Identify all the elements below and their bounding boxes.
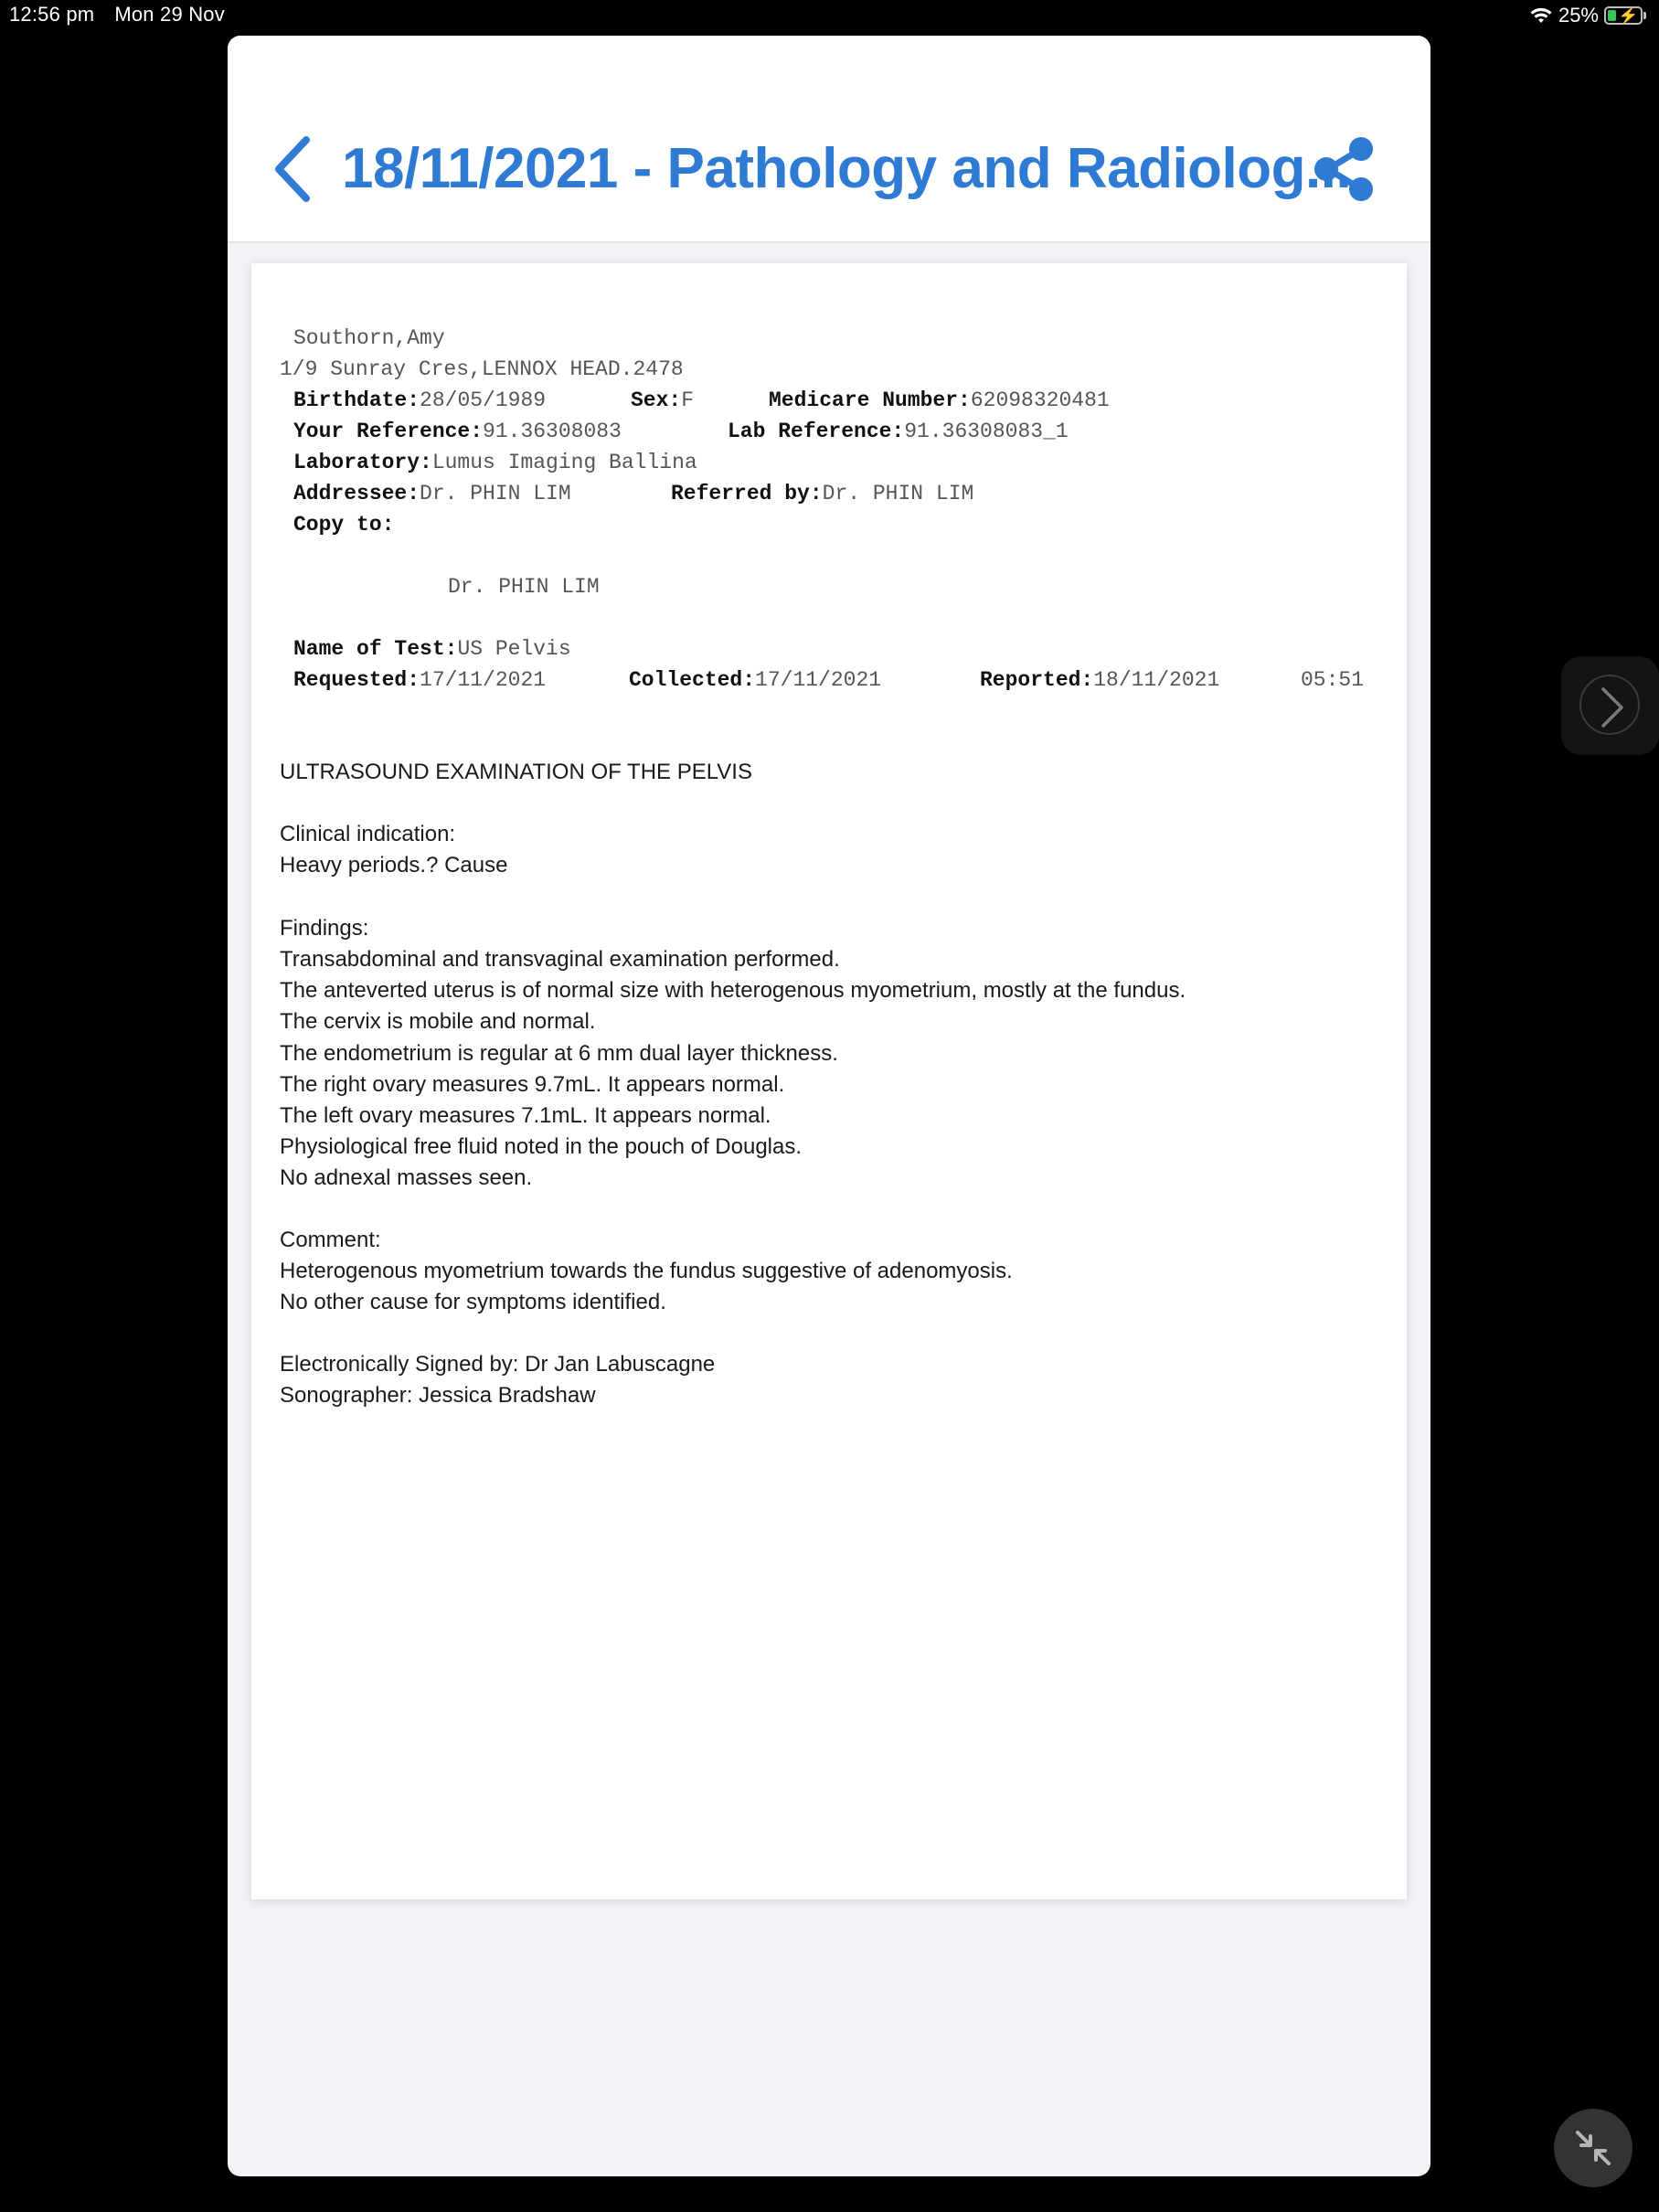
- comment-label: Comment:: [280, 1225, 381, 1256]
- comment-line: No other cause for symptoms identified.: [280, 1287, 666, 1318]
- sex-value: F: [681, 388, 694, 412]
- report-sheet: 18/11/2021 - Pathology and Radiolog... S…: [228, 36, 1430, 2176]
- collected-value: 17/11/2021: [755, 668, 881, 692]
- signed-by: Electronically Signed by: Dr Jan Labusca…: [280, 1349, 715, 1380]
- lab-reference-value: 91.36308083_1: [904, 420, 1068, 443]
- addressee-value: Dr. PHIN LIM: [420, 482, 571, 505]
- collapse-arrows-icon: [1554, 2109, 1632, 2187]
- lab-reference-row: Lab Reference:91.36308083_1: [728, 416, 1069, 447]
- status-bar-left: 12:56 pmMon 29 Nov: [9, 3, 225, 27]
- patient-address: 1/9 Sunray Cres,LENNOX HEAD.2478: [280, 354, 684, 385]
- report-page: Southorn,Amy 1/9 Sunray Cres,LENNOX HEAD…: [251, 263, 1407, 1899]
- requested-label: Requested:: [293, 668, 420, 692]
- medicare-row: Medicare Number:62098320481: [769, 385, 1110, 416]
- collapse-button[interactable]: [1554, 2109, 1632, 2187]
- your-reference-row: Your Reference:91.36308083: [293, 416, 622, 447]
- copy-to-label: Copy to:: [293, 513, 394, 537]
- share-icon: [1308, 134, 1374, 204]
- referred-by-label: Referred by:: [671, 482, 823, 505]
- reported-row: Reported:18/11/2021: [980, 665, 1219, 696]
- finding-line: The endometrium is regular at 6 mm dual …: [280, 1038, 838, 1069]
- reported-label: Reported:: [980, 668, 1093, 692]
- reported-time: 05:51: [1301, 665, 1364, 696]
- back-button[interactable]: [271, 134, 317, 204]
- document-viewer[interactable]: Southorn,Amy 1/9 Sunray Cres,LENNOX HEAD…: [228, 243, 1430, 2176]
- nav-bar: 18/11/2021 - Pathology and Radiolog...: [228, 36, 1430, 243]
- battery-charging-icon: ⚡: [1604, 6, 1643, 25]
- status-bar-right: 25% ⚡: [1529, 4, 1646, 27]
- wifi-icon: [1529, 6, 1553, 25]
- reported-value: 18/11/2021: [1093, 668, 1219, 692]
- test-name-value: US Pelvis: [457, 637, 570, 661]
- laboratory-value: Lumus Imaging Ballina: [432, 451, 697, 474]
- status-time: 12:56 pm: [9, 3, 94, 26]
- comment-line: Heterogenous myometrium towards the fund…: [280, 1256, 1013, 1287]
- laboratory-label: Laboratory:: [293, 451, 432, 474]
- sonographer: Sonographer: Jessica Bradshaw: [280, 1380, 596, 1411]
- addressee-label: Addressee:: [293, 482, 420, 505]
- battery-tip: [1643, 12, 1646, 19]
- sex-row: Sex:F: [631, 385, 694, 416]
- patient-name: Southorn,Amy: [293, 323, 445, 354]
- finding-line: No adnexal masses seen.: [280, 1163, 532, 1194]
- clinical-indication-label: Clinical indication:: [280, 819, 455, 850]
- finding-line: Physiological free fluid noted in the po…: [280, 1132, 802, 1163]
- addressee-row: Addressee:Dr. PHIN LIM: [293, 478, 571, 509]
- test-name-label: Name of Test:: [293, 637, 457, 661]
- lab-reference-label: Lab Reference:: [728, 420, 904, 443]
- collected-label: Collected:: [629, 668, 755, 692]
- collected-row: Collected:17/11/2021: [629, 665, 881, 696]
- copy-to-row: Copy to:: [293, 509, 394, 540]
- findings-label: Findings:: [280, 913, 368, 944]
- birthdate-value: 28/05/1989: [420, 388, 546, 412]
- copy-to-value: Dr. PHIN LIM: [448, 571, 600, 602]
- clinical-indication-text: Heavy periods.? Cause: [280, 850, 507, 881]
- page-title: 18/11/2021 - Pathology and Radiolog...: [342, 134, 1351, 204]
- report-heading: ULTRASOUND EXAMINATION OF THE PELVIS: [280, 757, 752, 788]
- battery-percent: 25%: [1558, 4, 1599, 27]
- medicare-value: 62098320481: [971, 388, 1110, 412]
- finding-line: The right ovary measures 9.7mL. It appea…: [280, 1069, 784, 1101]
- referred-by-value: Dr. PHIN LIM: [823, 482, 974, 505]
- your-reference-value: 91.36308083: [483, 420, 622, 443]
- requested-value: 17/11/2021: [420, 668, 546, 692]
- test-name-row: Name of Test:US Pelvis: [293, 633, 571, 665]
- requested-row: Requested:17/11/2021: [293, 665, 546, 696]
- chevron-left-icon: [271, 134, 317, 204]
- finding-line: The cervix is mobile and normal.: [280, 1006, 595, 1037]
- next-page-button[interactable]: [1561, 656, 1659, 755]
- laboratory-row: Laboratory:Lumus Imaging Ballina: [293, 447, 697, 478]
- finding-line: The left ovary measures 7.1mL. It appear…: [280, 1101, 771, 1132]
- your-reference-label: Your Reference:: [293, 420, 483, 443]
- sex-label: Sex:: [631, 388, 681, 412]
- birthdate-row: Birthdate:28/05/1989: [293, 385, 546, 416]
- status-date: Mon 29 Nov: [114, 3, 225, 26]
- share-button[interactable]: [1308, 134, 1374, 204]
- birthdate-label: Birthdate:: [293, 388, 420, 412]
- finding-line: The anteverted uterus is of normal size …: [280, 975, 1186, 1006]
- chevron-right-icon: [1561, 656, 1659, 755]
- referred-by-row: Referred by:Dr. PHIN LIM: [671, 478, 973, 509]
- medicare-label: Medicare Number:: [769, 388, 971, 412]
- finding-line: Transabdominal and transvaginal examinat…: [280, 944, 840, 975]
